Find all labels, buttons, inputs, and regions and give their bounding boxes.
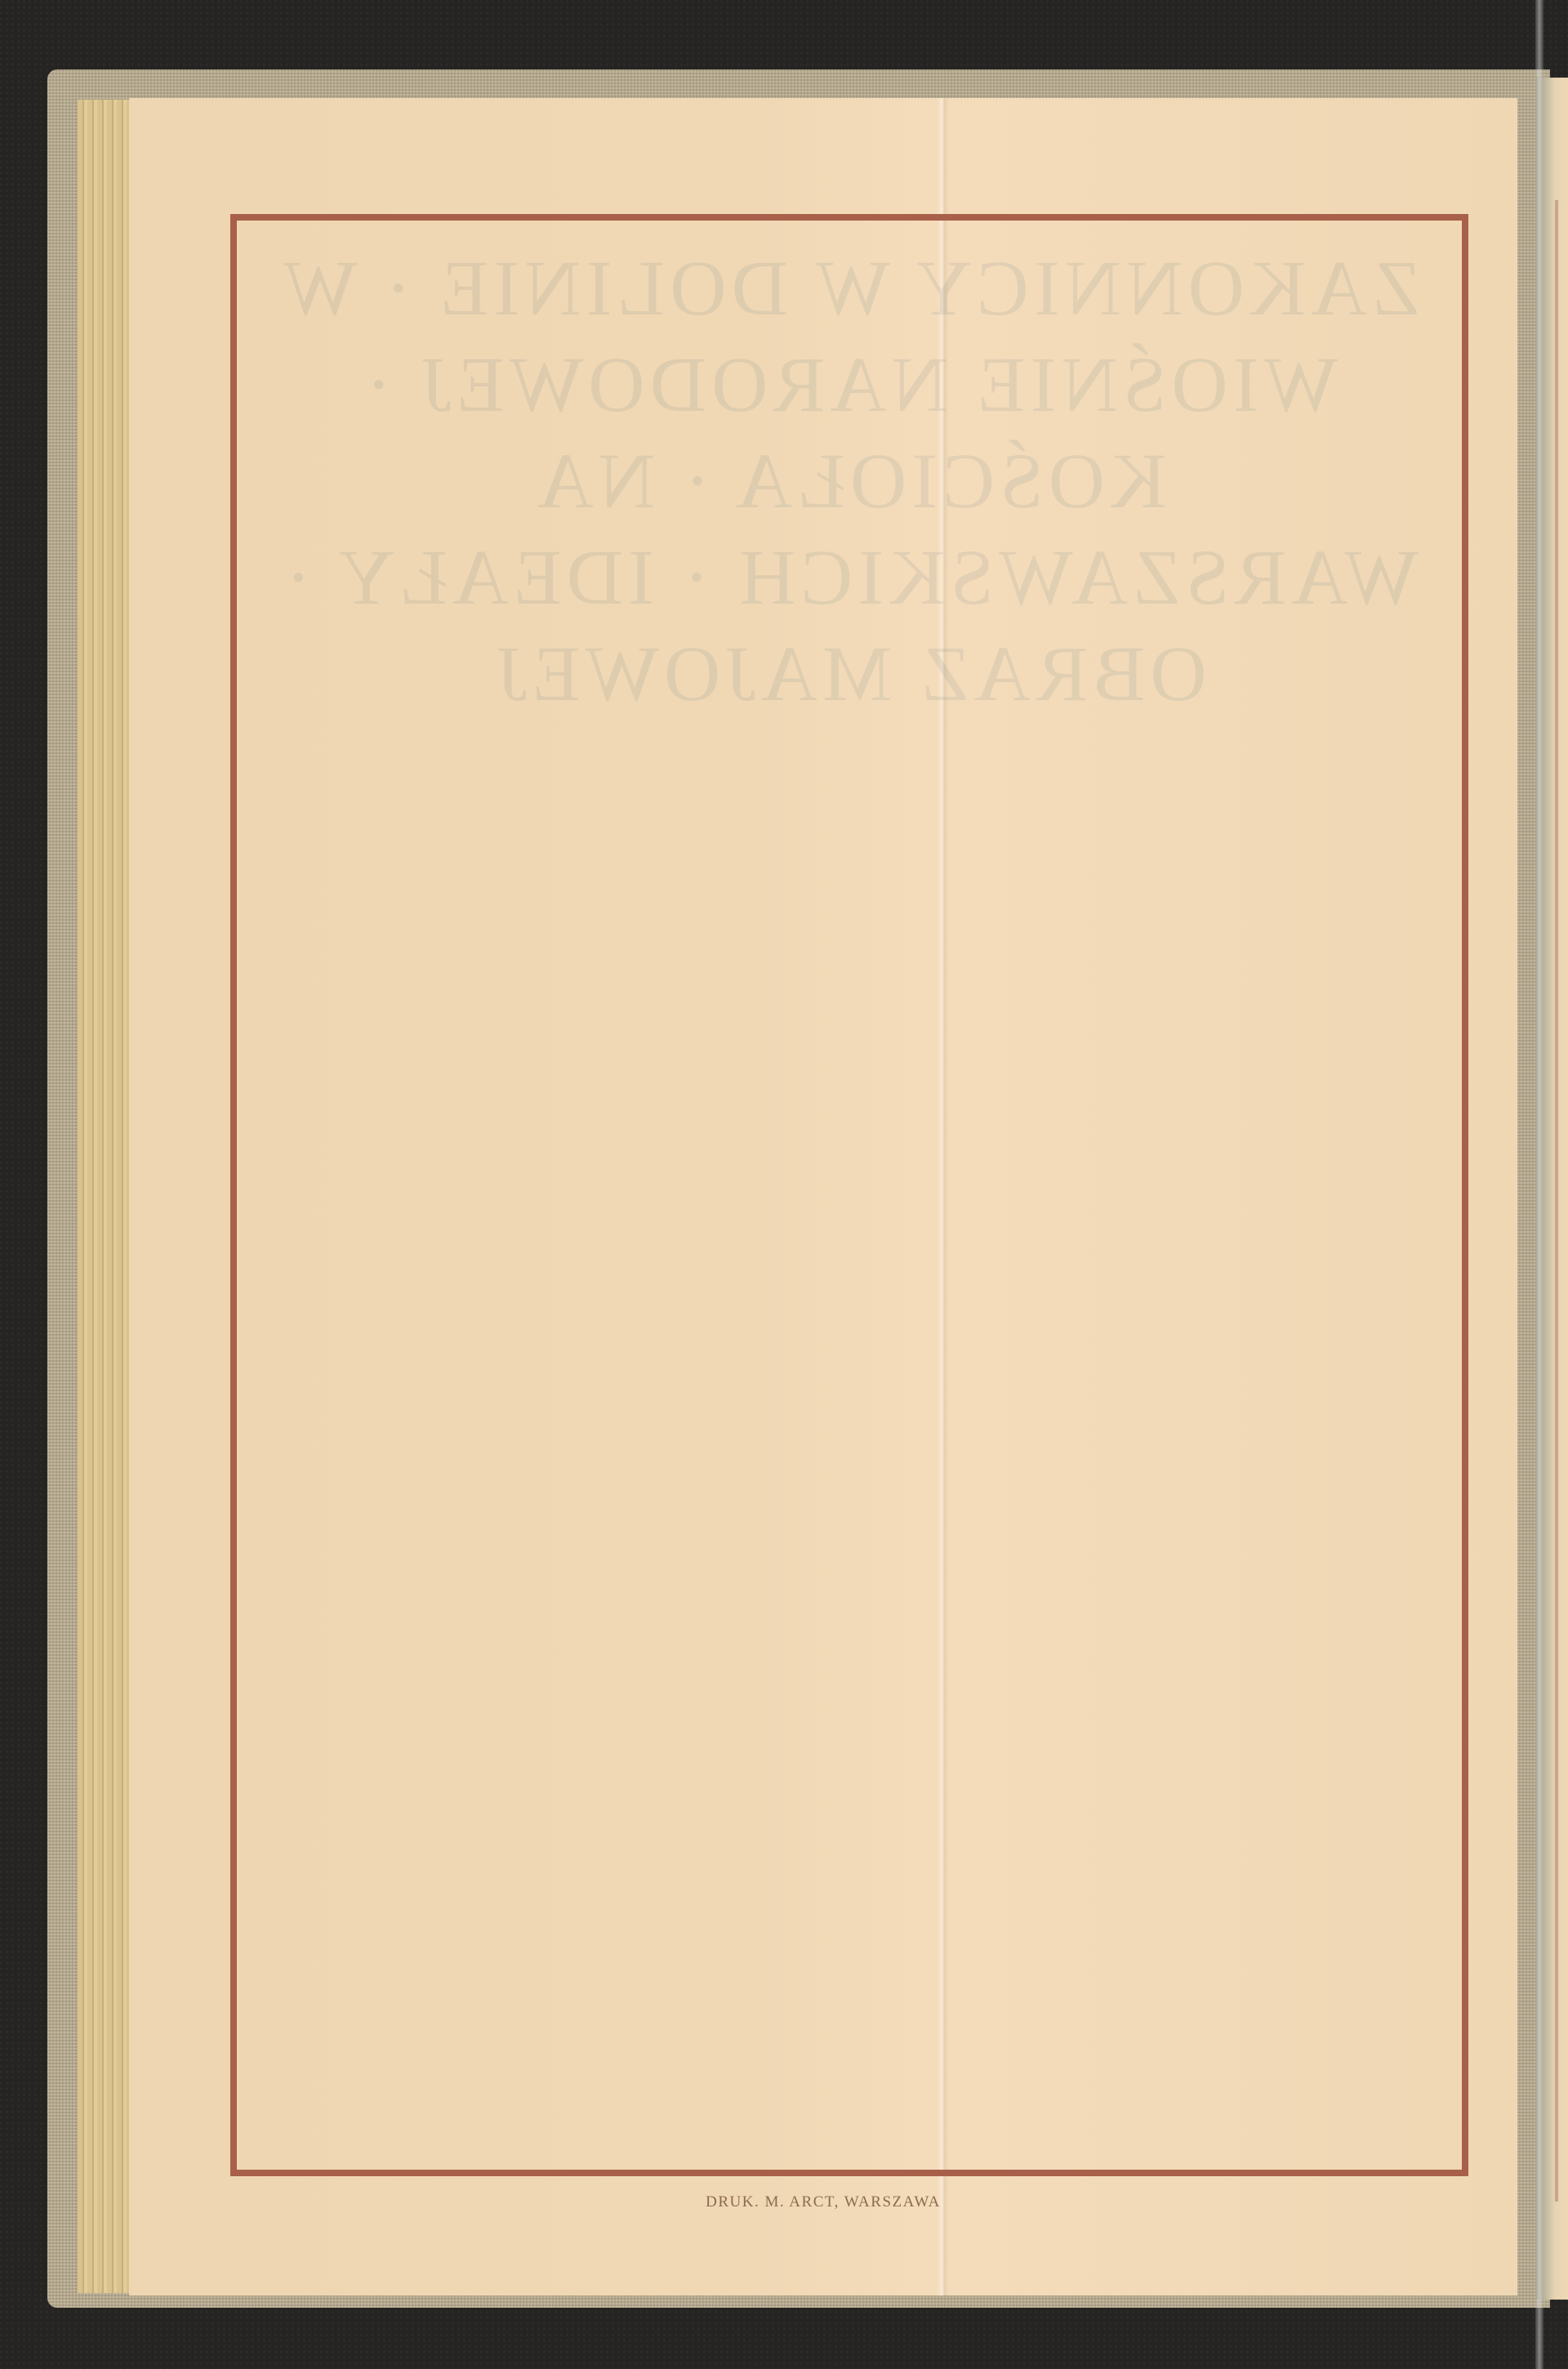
- decorative-border-frame: ZAKONNICY W DOLINIE · W WIOŚNIE NARODOWE…: [230, 214, 1468, 2176]
- printer-imprint: DRUK. M. ARCT, WARSZAWA: [129, 2193, 1517, 2211]
- book-page: ZAKONNICY W DOLINIE · W WIOŚNIE NARODOWE…: [129, 98, 1517, 2295]
- scanner-glass-edge: [1535, 0, 1543, 2369]
- show-through-text: ZAKONNICY W DOLINIE · W WIOŚNIE NARODOWE…: [256, 240, 1442, 975]
- facing-page-border-line: [1555, 200, 1558, 2202]
- page-edges: [78, 100, 131, 2293]
